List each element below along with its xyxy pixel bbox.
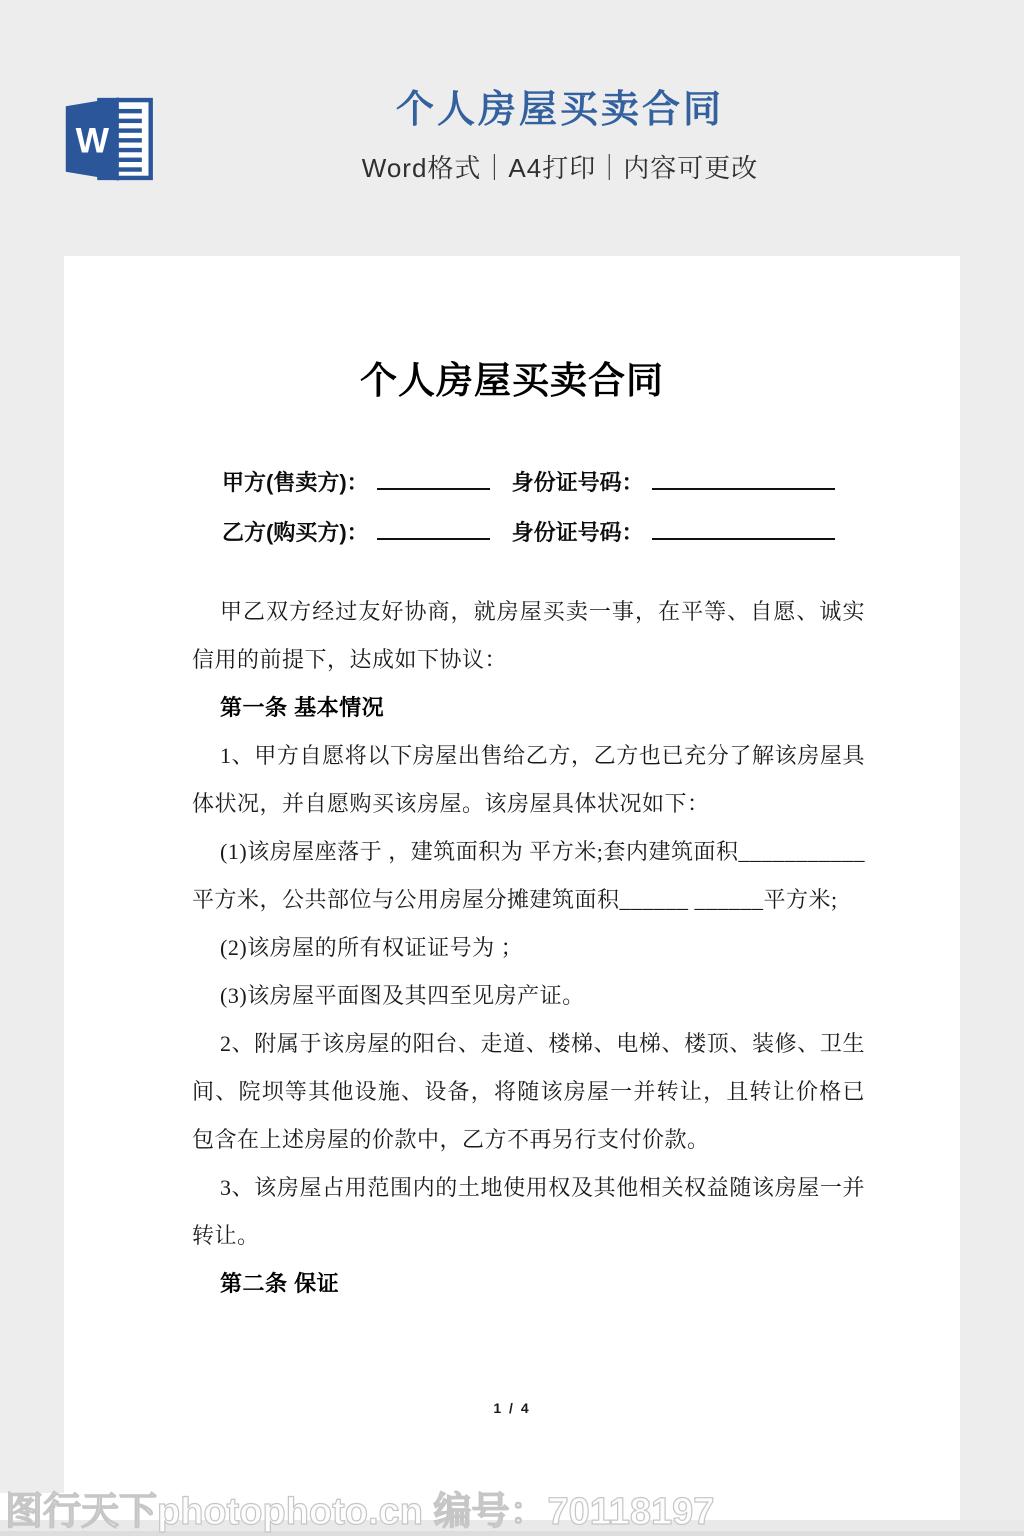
clause-1-item-3: 3、该房屋占用范围内的土地使用权及其他相关权益随该房屋一并转让。 (192, 1164, 865, 1260)
clause-1-item-1-sub-3: (3)该房屋平面图及其四至见房产证。 (192, 972, 865, 1020)
party-b-id-label: 身份证号码： (512, 520, 644, 545)
party-a-name-blank (377, 469, 490, 490)
screen: W 个人房屋买卖合同 Word格式｜A4打印｜内容可更改 个人房屋买卖合同 甲方… (0, 0, 1024, 1536)
party-a-id-label: 身份证号码： (512, 470, 644, 495)
clause-1-heading: 第一条 基本情况 (192, 684, 865, 732)
contract-title: 个人房屋买卖合同 (64, 256, 960, 408)
document-page-preview: 个人房屋买卖合同 甲方(售卖方)：身份证号码： 乙方(购买方)：身份证号码： 甲… (64, 256, 960, 1520)
party-block: 甲方(售卖方)：身份证号码： 乙方(购买方)：身份证号码： (192, 458, 865, 558)
clause-1-item-1: 1、甲方自愿将以下房屋出售给乙方，乙方也已充分了解该房屋具体状况，并自愿购买该房… (192, 732, 865, 828)
party-a-line: 甲方(售卖方)：身份证号码： (192, 458, 865, 508)
template-title-link[interactable]: 个人房屋买卖合同 (230, 88, 890, 132)
party-b-label: 乙方(购买方)： (222, 520, 369, 545)
header-block: 个人房屋买卖合同 Word格式｜A4打印｜内容可更改 (230, 88, 890, 185)
clause-1-item-1-sub-1: (1)该房屋座落于 ，建筑面积为 平方米;套内建筑面积___________平方… (192, 828, 865, 924)
party-b-id-blank (652, 519, 835, 540)
word-icon-letter: W (76, 121, 110, 160)
party-a-id-blank (652, 469, 835, 490)
template-subtitle: Word格式｜A4打印｜内容可更改 (230, 148, 890, 185)
contract-body: 甲方(售卖方)：身份证号码： 乙方(购买方)：身份证号码： 甲乙双方经过友好协商… (64, 458, 960, 1308)
clause-1-item-1-sub-2: (2)该房屋的所有权证证号为 ； (192, 924, 865, 972)
party-b-name-blank (377, 519, 490, 540)
party-a-label: 甲方(售卖方)： (222, 470, 369, 495)
page-number: 1 / 4 (64, 1400, 960, 1416)
site-watermark: 图行天下photophoto.cn 编号：70118197 (5, 1480, 714, 1535)
clause-2-heading: 第二条 保证 (192, 1260, 865, 1308)
party-b-line: 乙方(购买方)：身份证号码： (192, 508, 865, 558)
paragraph-preamble: 甲乙双方经过友好协商，就房屋买卖一事，在平等、自愿、诚实信用的前提下，达成如下协… (192, 588, 865, 684)
contract-clauses: 甲乙双方经过友好协商，就房屋买卖一事，在平等、自愿、诚实信用的前提下，达成如下协… (192, 588, 865, 1308)
clause-1-item-2: 2、附属于该房屋的阳台、走道、楼梯、电梯、楼顶、装修、卫生间、院坝等其他设施、设… (192, 1020, 865, 1164)
word-icon: W (64, 90, 156, 188)
